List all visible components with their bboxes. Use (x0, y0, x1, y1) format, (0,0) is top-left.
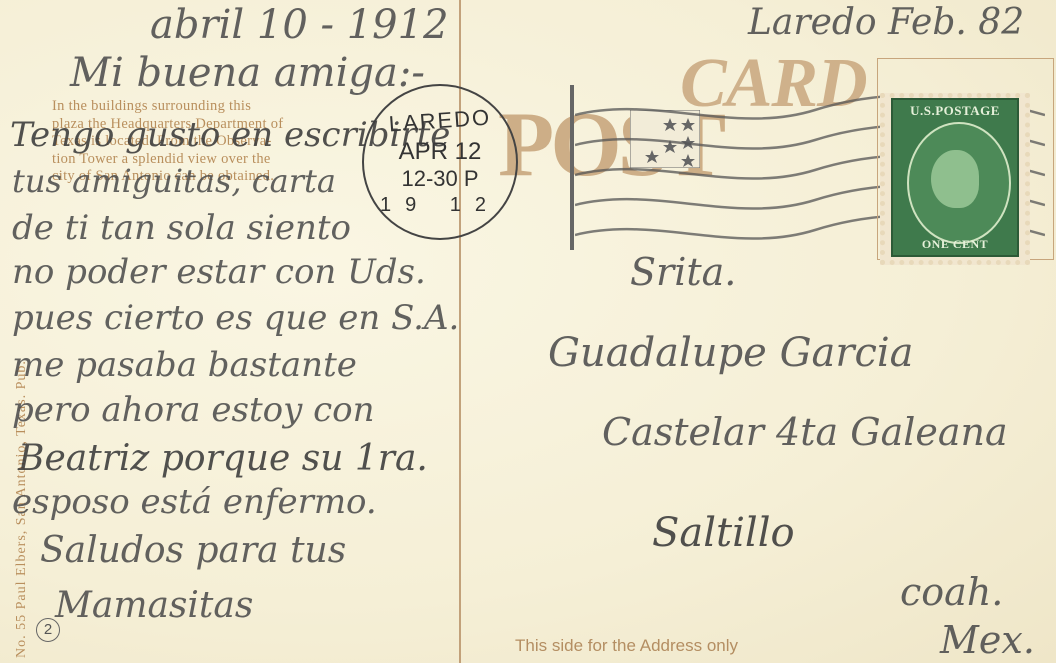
handwritten-line: Saludos para tus (40, 530, 346, 571)
stamp-bottom-label: ONE CENT (893, 237, 1017, 252)
address-side-note: This side for the Address only (515, 636, 738, 656)
address-name: Guadalupe Garcia (548, 330, 914, 376)
one-cent-stamp: U.S.POSTAGE ONE CENT (880, 93, 1030, 265)
address-city: Saltillo (652, 510, 795, 556)
postcard-back: In the buildings surrounding this plaza … (0, 0, 1056, 663)
handwritten-line: Mi buena amiga:- (70, 50, 425, 96)
portrait-head-icon (931, 150, 979, 208)
address-country: Mex. (940, 618, 1035, 662)
address-street: Castelar 4ta Galeana (602, 410, 1008, 454)
handwritten-line: esposo está enfermo. (12, 482, 377, 522)
caption-line: In the buildings surrounding this (52, 98, 412, 116)
handwritten-line: no poder estar con Uds. (12, 252, 426, 292)
flagpole-icon (570, 85, 574, 250)
postmark-time: 12-30 P (364, 166, 516, 192)
address-title: Srita. (630, 250, 736, 294)
handwritten-line: de ti tan sola siento (12, 208, 351, 248)
handwritten-line: pues cierto es que en S.A. (12, 298, 459, 338)
stamp-top-label: U.S.POSTAGE (893, 103, 1017, 119)
stamp-face: U.S.POSTAGE ONE CENT (891, 98, 1019, 257)
handwritten-line: me pasaba bastante (12, 345, 357, 385)
handwritten-line: Mamasitas (55, 585, 253, 626)
franklin-portrait-icon (907, 122, 1011, 244)
postmark-year: 19 12 (364, 194, 516, 217)
handwritten-date: abril 10 - 1912 (150, 2, 449, 48)
handwritten-origin: Laredo Feb. 82 (748, 2, 1024, 43)
handwritten-line: Tengo gusto en escribirte (10, 115, 450, 155)
handwritten-line: tus amiguitas, carta (12, 162, 336, 200)
handwritten-line: pero ahora estoy con (12, 390, 375, 430)
handwritten-line: Beatriz porque su 1ra. (18, 438, 428, 479)
address-state: coah. (900, 570, 1003, 614)
laredo-postmark: LAREDO APR 12 12-30 P 19 12 (362, 84, 518, 240)
